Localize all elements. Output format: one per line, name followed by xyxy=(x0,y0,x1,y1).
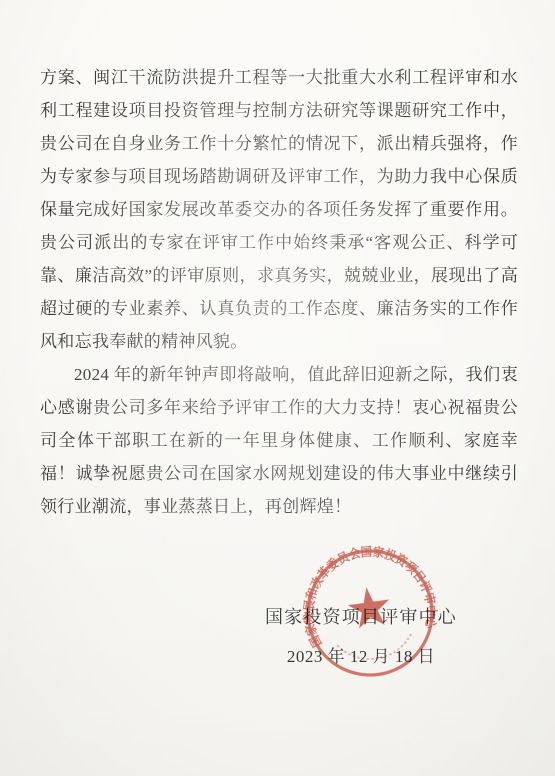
letter-paragraph-1: 方案、闽江干流防洪提升工程等一大批重大水利工程评审和水利工程建设项目投资管理与控… xyxy=(40,61,518,358)
signature-org: 国家投资项目评审中心 xyxy=(265,603,457,629)
letter-paragraph-2: 2024 年的新年钟声即将敲响，值此辞旧迎新之际，我们衷心感谢贵公司多年来给予评… xyxy=(40,358,518,523)
signature-date: 2023 年 12 月 18 日 xyxy=(265,642,457,667)
signature-block: 国家投资项目评审中心 2023 年 12 月 18 日 xyxy=(265,603,457,667)
letter-page: 方案、闽江干流防洪提升工程等一大批重大水利工程评审和水利工程建设项目投资管理与控… xyxy=(0,0,555,776)
letter-body: 方案、闽江干流防洪提升工程等一大批重大水利工程评审和水利工程建设项目投资管理与控… xyxy=(40,61,518,523)
